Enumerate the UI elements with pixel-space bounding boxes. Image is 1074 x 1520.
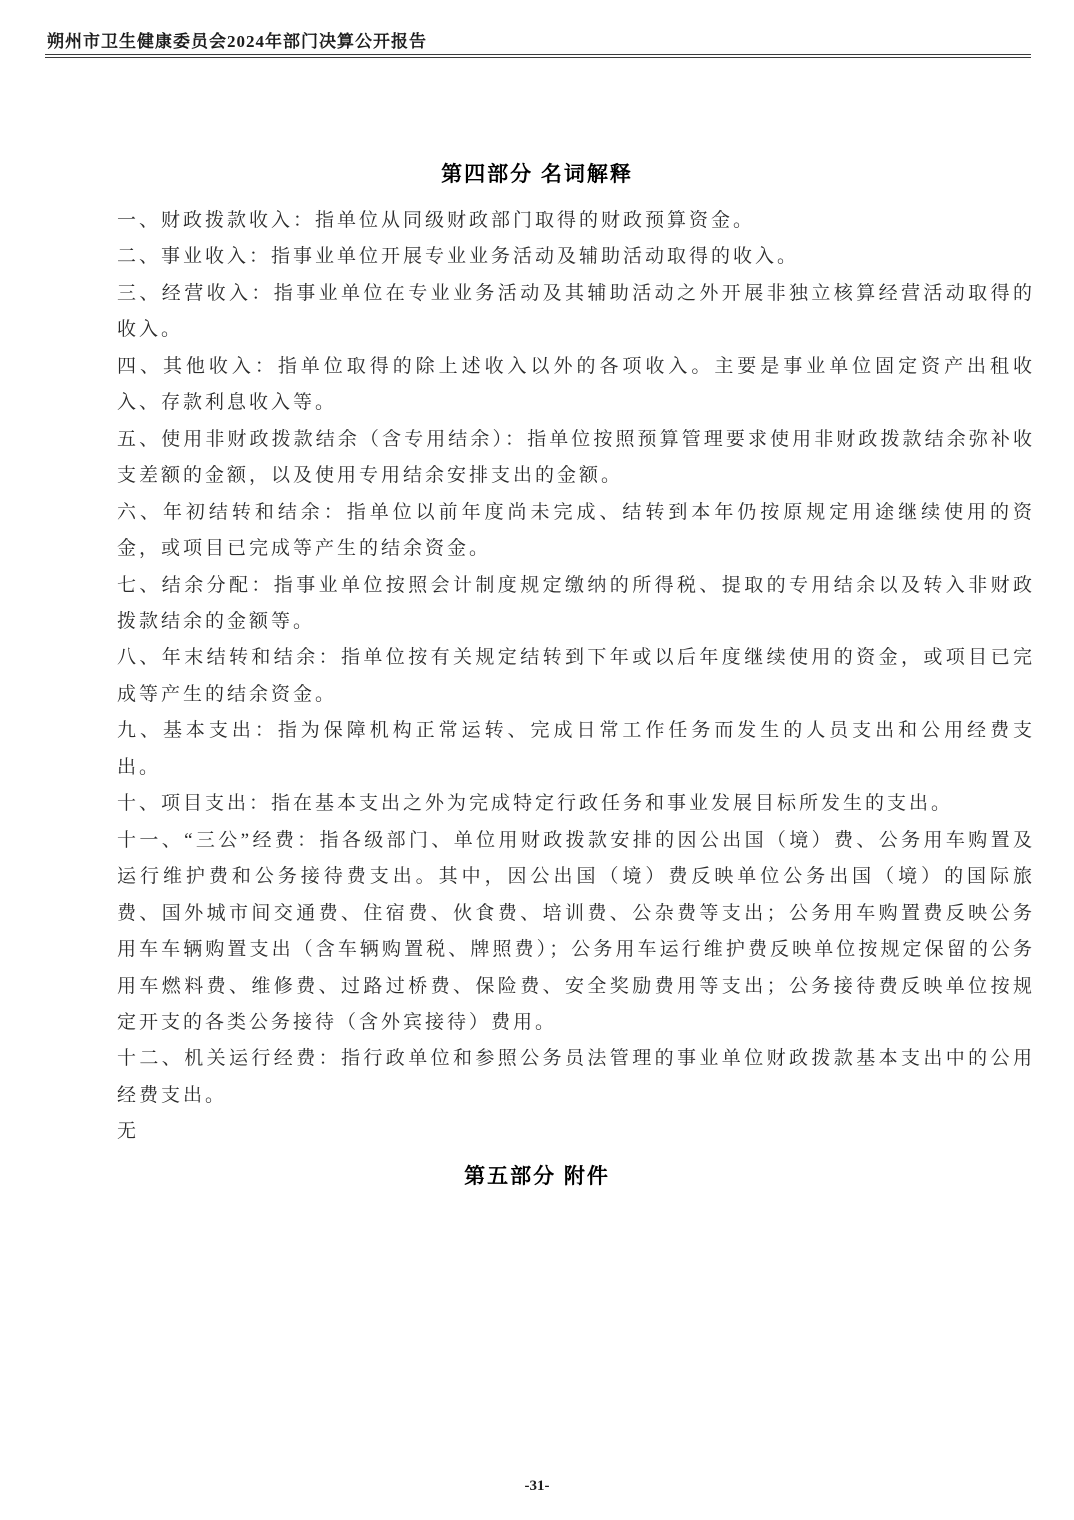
section5-title: 第五部分 附件	[0, 1160, 1074, 1190]
definition-paragraph: 一、财政拨款收入：指单位从同级财政部门取得的财政预算资金。	[117, 203, 1035, 239]
definition-paragraph: 十、项目支出：指在基本支出之外为完成特定行政任务和事业发展目标所发生的支出。	[117, 786, 1035, 822]
definition-paragraph: 九、基本支出：指为保障机构正常运转、完成日常工作任务而发生的人员支出和公用经费支…	[117, 713, 1035, 786]
definition-paragraph: 六、年初结转和结余：指单位以前年度尚未完成、结转到本年仍按原规定用途继续使用的资…	[117, 495, 1035, 568]
definition-paragraph: 十一、“三公”经费：指各级部门、单位用财政拨款安排的因公出国（境）费、公务用车购…	[117, 823, 1035, 1042]
definition-paragraph: 四、其他收入：指单位取得的除上述收入以外的各项收入。主要是事业单位固定资产出租收…	[117, 349, 1035, 422]
definition-paragraph: 八、年末结转和结余：指单位按有关规定结转到下年或以后年度继续使用的资金，或项目已…	[117, 640, 1035, 713]
page-number: -31-	[0, 1478, 1074, 1495]
definition-paragraph: 三、经营收入：指事业单位在专业业务活动及其辅助活动之外开展非独立核算经营活动取得…	[117, 276, 1035, 349]
document-page: 朔州市卫生健康委员会2024年部门决算公开报告 第四部分 名词解释 一、财政拨款…	[0, 0, 1074, 1520]
definitions-list: 一、财政拨款收入：指单位从同级财政部门取得的财政预算资金。 二、事业收入：指事业…	[117, 203, 1035, 1151]
document-header-title: 朔州市卫生健康委员会2024年部门决算公开报告	[47, 27, 427, 52]
definition-paragraph: 五、使用非财政拨款结余（含专用结余）：指单位按照预算管理要求使用非财政拨款结余弥…	[117, 422, 1035, 495]
definition-paragraph: 七、结余分配：指事业单位按照会计制度规定缴纳的所得税、提取的专用结余以及转入非财…	[117, 568, 1035, 641]
definition-paragraph: 二、事业收入：指事业单位开展专业业务活动及辅助活动取得的收入。	[117, 239, 1035, 275]
definition-paragraph: 十二、机关运行经费：指行政单位和参照公务员法管理的事业单位财政拨款基本支出中的公…	[117, 1041, 1035, 1114]
section4-title: 第四部分 名词解释	[0, 158, 1074, 188]
header-divider	[45, 54, 1031, 58]
no-content-text: 无	[117, 1114, 1035, 1150]
